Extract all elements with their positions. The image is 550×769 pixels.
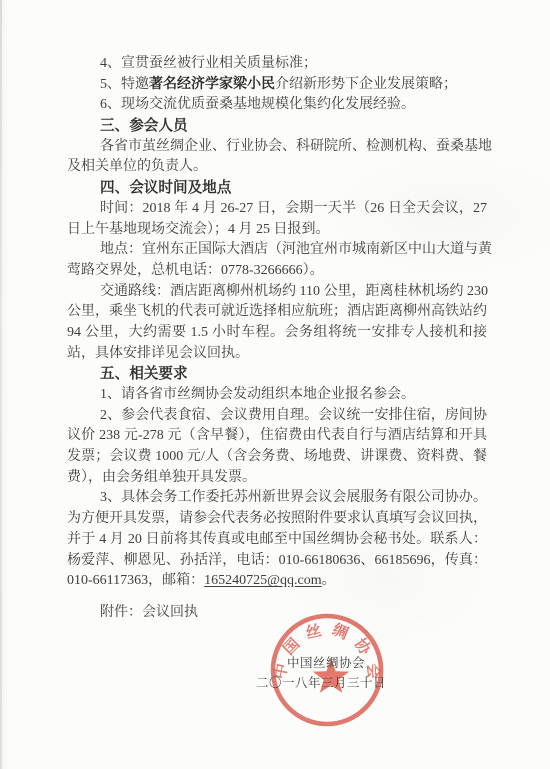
- doc-line: 并于 4 月 20 日前将其传真或电邮至中国丝绸协会秘书处。联系人：: [67, 530, 487, 551]
- doc-line: 杨爱萍、柳恩见、孙括洋，电话：010-66180636、66185696，传真：: [67, 551, 487, 572]
- text-segment: 公里，乘坐飞机的代表可就近选择相应航班；酒店距离柳州高铁站约: [67, 304, 487, 319]
- doc-line: 站，具体安排详见会议回执。: [67, 344, 487, 365]
- text-segment: 议价 238 元-278 元（含早餐），住宿费由代表自行与酒店结算和开具: [67, 428, 487, 443]
- text-segment: 日上午基地现场交流会）；4 月 25 日报到。: [67, 222, 330, 237]
- doc-line: 公里，乘坐飞机的代表可就近选择相应航班；酒店距离柳州高铁站约: [67, 302, 487, 323]
- official-seal: 中国丝绸协会: [266, 611, 388, 733]
- doc-line: 时间：2018 年 4 月 26-27 日，会期一天半（26 日全天会议，27: [67, 199, 487, 220]
- doc-line: 6、现场交流优质蚕桑基地规模化集约化发展经验。: [67, 95, 487, 116]
- text-segment: 为方便开具发票，请参会代表务必按照附件要求认真填写会议回执，: [67, 511, 487, 526]
- text-segment: 3、具体会务工作委托苏州新世界会议会展服务有限公司协办。: [100, 490, 487, 505]
- doc-line: 地点：宜州东正国际大酒店（河池宜州市城南新区中山大道与黄: [67, 240, 487, 261]
- text-segment: 介绍新形势下企业发展策略；: [275, 77, 457, 92]
- text-segment: 94 公里，大约需要 1.5 小时车程。会务组将统一安排专人接机和接: [67, 325, 487, 340]
- doc-line: 莺路交界处，总机电话：0778-3266666）。: [67, 261, 487, 282]
- text-segment: 1、请各省市丝绸协会发动组织本地企业报名参会。: [100, 387, 415, 402]
- text-segment: 2、参会代表食宿、会议费用自理。会议统一安排住宿，房间协: [100, 408, 487, 423]
- text-segment: 各省市茧丝绸企业、行业协会、科研院所、检测机构、蚕桑基地: [100, 139, 492, 154]
- text-segment: 杨爱萍、柳恩见、孙括洋，电话：010-66180636、66185696，传真：: [67, 553, 487, 568]
- doc-line: 三、参会人员: [67, 116, 487, 137]
- text-segment: 及相关单位的负责人。: [67, 159, 207, 174]
- signature-date: 二〇一八年三月三十日: [256, 673, 386, 691]
- doc-line: 及相关单位的负责人。: [67, 157, 487, 178]
- doc-line: 费），由会务组单独开具发票。: [67, 468, 487, 489]
- doc-line: 四、会议时间及地点: [67, 178, 487, 199]
- text-segment: 发票；会议费 1000 元/人（含会务费、场地费、讲课费、资料费、餐: [67, 449, 487, 464]
- doc-line: 4、宣贯蚕丝被行业相关质量标准；: [67, 54, 487, 75]
- doc-line: 议价 238 元-278 元（含早餐），住宿费由代表自行与酒店结算和开具: [67, 426, 487, 447]
- text-segment: 地点：宜州东正国际大酒店（河池宜州市城南新区中山大道与黄: [100, 242, 492, 257]
- text-segment: 著名经济学家梁小民: [149, 77, 275, 92]
- doc-line: 5、特邀著名经济学家梁小民介绍新形势下企业发展策略；: [67, 75, 487, 96]
- doc-line: 发票；会议费 1000 元/人（含会务费、场地费、讲课费、资料费、餐: [67, 447, 487, 468]
- scanned-document-page: 4、宣贯蚕丝被行业相关质量标准；5、特邀著名经济学家梁小民介绍新形势下企业发展策…: [0, 0, 550, 769]
- text-segment: 并于 4 月 20 日前将其传真或电邮至中国丝绸协会秘书处。联系人：: [67, 532, 487, 547]
- doc-line: 2、参会代表食宿、会议费用自理。会议统一安排住宿，房间协: [67, 406, 487, 427]
- signature-org: 中国丝绸协会: [287, 653, 365, 671]
- doc-line: 五、相关要求: [67, 364, 487, 385]
- text-segment: 。: [322, 573, 336, 588]
- text-segment: 三、参会人员: [100, 118, 188, 134]
- text-segment: 5、特邀: [100, 77, 149, 92]
- doc-line: 94 公里，大约需要 1.5 小时车程。会务组将统一安排专人接机和接: [67, 323, 487, 344]
- text-segment: 6、现场交流优质蚕桑基地规模化集约化发展经验。: [100, 97, 415, 112]
- text-segment: 附件：会议回执: [100, 605, 198, 620]
- email-text: 165240725@qq.com: [204, 573, 322, 588]
- text-segment: 时间：2018 年 4 月 26-27 日，会期一天半（26 日全天会议，27: [100, 201, 487, 216]
- document-body: 4、宣贯蚕丝被行业相关质量标准；5、特邀著名经济学家梁小民介绍新形势下企业发展策…: [67, 54, 487, 624]
- doc-line: 各省市茧丝绸企业、行业协会、科研院所、检测机构、蚕桑基地: [67, 137, 487, 158]
- doc-line: 为方便开具发票，请参会代表务必按照附件要求认真填写会议回执，: [67, 509, 487, 530]
- text-segment: 010-66117363，邮箱：: [67, 573, 204, 588]
- doc-line: 1、请各省市丝绸协会发动组织本地企业报名参会。: [67, 385, 487, 406]
- text-segment: 交通路线：酒店距离柳州机场约 110 公里，距离桂林机场约 230: [100, 284, 488, 299]
- doc-line: 交通路线：酒店距离柳州机场约 110 公里，距离桂林机场约 230: [67, 282, 487, 303]
- doc-line: 010-66117363，邮箱：165240725@qq.com。: [67, 571, 487, 592]
- text-segment: 站，具体安排详见会议回执。: [67, 346, 249, 361]
- text-segment: 费），由会务组单独开具发票。: [67, 470, 256, 485]
- scan-edge-shadow: [0, 0, 2, 769]
- text-segment: 4、宣贯蚕丝被行业相关质量标准；: [100, 56, 317, 71]
- text-segment: 四、会议时间及地点: [100, 180, 231, 196]
- text-segment: 莺路交界处，总机电话：0778-3266666）。: [67, 263, 324, 278]
- doc-line: 日上午基地现场交流会）；4 月 25 日报到。: [67, 220, 487, 241]
- doc-line: 3、具体会务工作委托苏州新世界会议会展服务有限公司协办。: [67, 488, 487, 509]
- text-segment: 五、相关要求: [100, 366, 188, 382]
